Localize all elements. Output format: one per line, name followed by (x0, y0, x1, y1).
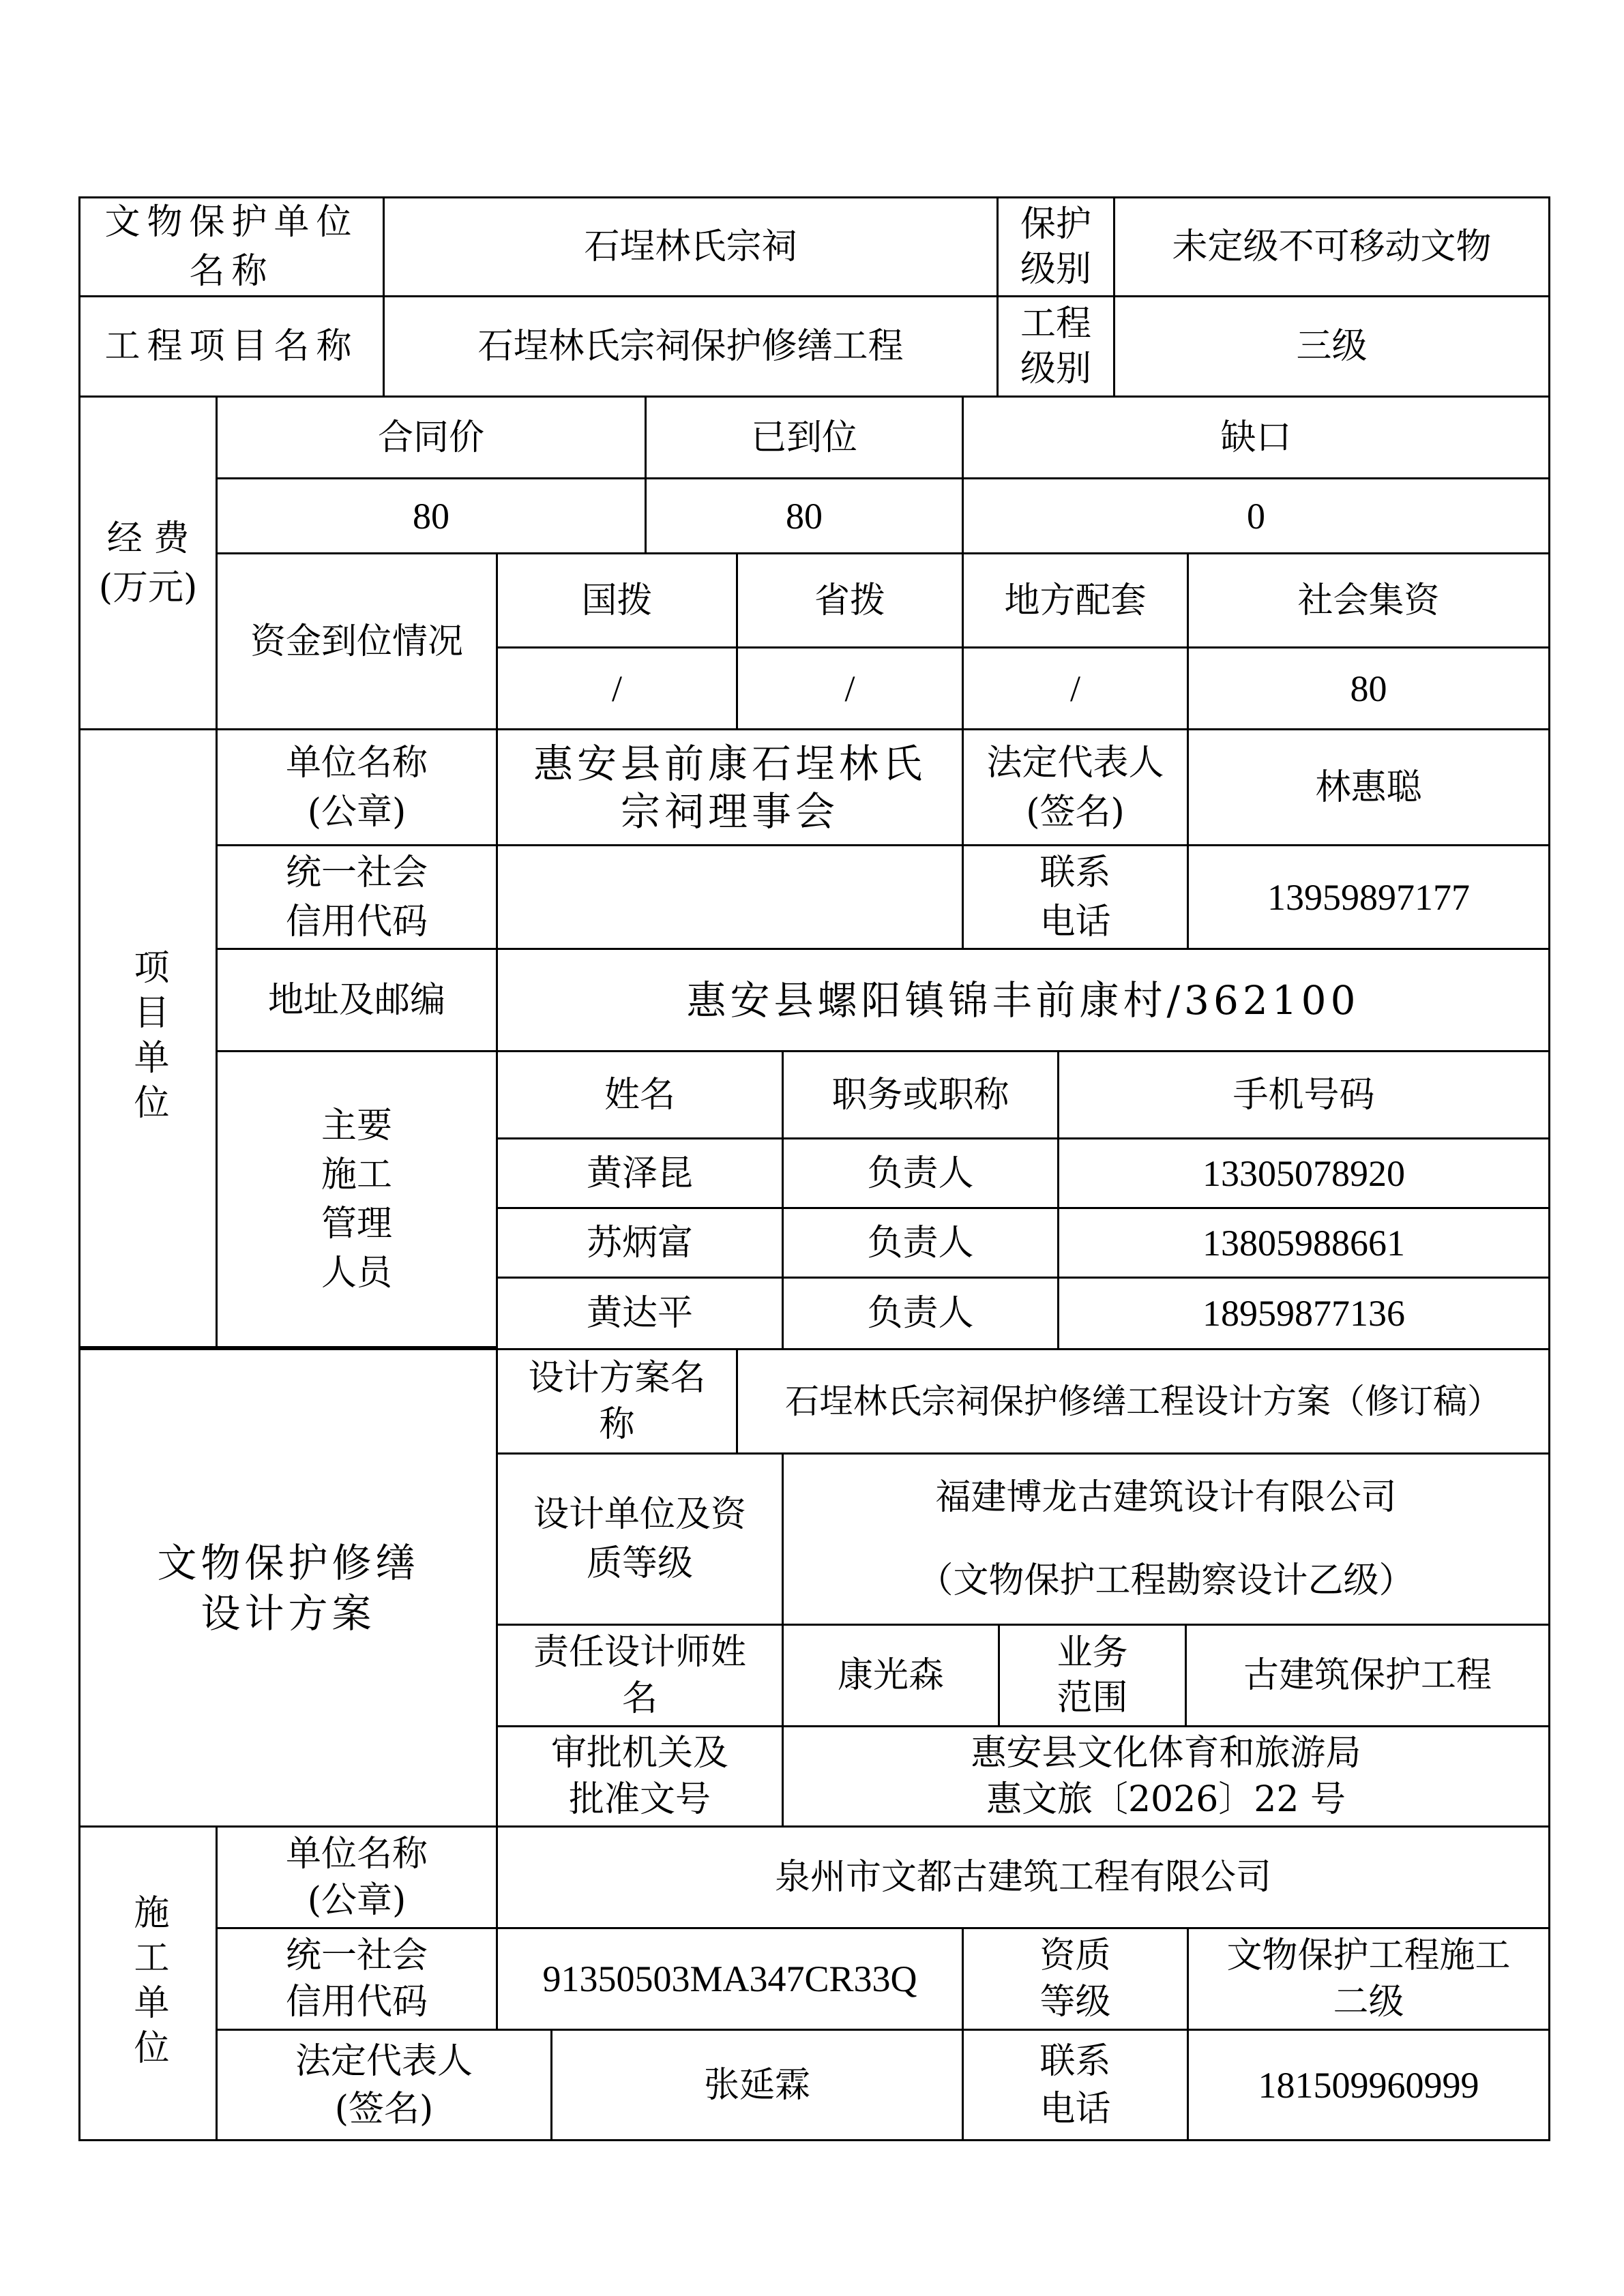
funding-contract-value: 80 (216, 477, 647, 554)
staff-row-2-phone: 13805988661 (1057, 1207, 1550, 1279)
staff-row-2-title: 负责人 (782, 1207, 1059, 1279)
staff-row-1-title: 负责人 (782, 1137, 1059, 1209)
staff-header-phone: 手机号码 (1057, 1050, 1550, 1139)
approval-number: 惠文旅〔2026〕22 号 (986, 1776, 1346, 1823)
project-unit-phone-value: 13959897177 (1187, 844, 1550, 950)
construction-unit-name-value: 泉州市文都古建筑工程有限公司 (496, 1825, 1550, 1929)
funding-source-header-provincial: 省拨 (736, 552, 964, 648)
design-plan-name-value: 石埕林氏宗祠保护修缮工程设计方案（修订稿） (736, 1348, 1550, 1455)
document-page: 文物保护单位名称 石埕林氏宗祠 保护级别 未定级不可移动文物 工程项目名称 石埕… (0, 0, 1624, 2296)
funding-source-label: 资金到位情况 (216, 552, 498, 730)
staff-header-title: 职务或职称 (782, 1050, 1059, 1139)
staff-row-3-phone: 18959877136 (1057, 1277, 1550, 1350)
project-unit-label: 项目单位 (78, 728, 218, 1348)
business-scope-value: 古建筑保护工程 (1185, 1624, 1550, 1727)
funding-source-local-value: / (962, 646, 1189, 730)
project-name-value: 石埕林氏宗祠保护修缮工程 (383, 295, 999, 398)
protection-level-value: 未定级不可移动文物 (1113, 196, 1550, 297)
funding-header-gap: 缺口 (962, 396, 1550, 479)
construction-phone-label: 联系 电话 (962, 2029, 1189, 2141)
construction-qualification-label: 资质 等级 (962, 1927, 1189, 2031)
funding-header-received: 已到位 (645, 396, 964, 479)
project-unit-phone-label: 联系 电话 (962, 844, 1189, 950)
design-plan-name-label: 设计方案名 称 (496, 1348, 738, 1455)
project-level-value: 三级 (1113, 295, 1550, 398)
funding-source-header-local: 地方配套 (962, 552, 1189, 648)
funding-source-header-social: 社会集资 (1187, 552, 1550, 648)
heritage-site-value: 石埕林氏宗祠 (383, 196, 999, 297)
construction-unit-name-label: 单位名称 (公章) (216, 1825, 498, 1929)
design-unit-grade: （文物保护工程勘察设计乙级） (917, 1556, 1414, 1605)
project-unit-credit-code-label: 统一社会 信用代码 (216, 844, 498, 950)
funding-source-provincial-value: / (736, 646, 964, 730)
funding-label: 经 费 (万元) (78, 396, 218, 730)
protection-level-label: 保护级别 (996, 196, 1115, 297)
project-name-label: 工程项目名称 (78, 295, 385, 398)
funding-source-header-national: 国拨 (496, 552, 738, 648)
business-scope-label: 业务 范围 (998, 1624, 1187, 1727)
project-unit-address-value: 惠安县螺阳镇锦丰前康村/362100 (496, 948, 1550, 1052)
project-unit-address-label: 地址及邮编 (216, 948, 498, 1052)
heritage-site-label: 文物保护单位名称 (78, 196, 385, 297)
approval-authority: 惠安县文化体育和旅游局 (971, 1730, 1361, 1776)
construction-unit-label: 施工单位 (78, 1825, 218, 2141)
staff-row-2-name: 苏炳富 (496, 1207, 784, 1279)
design-unit-value: 福建博龙古建筑设计有限公司 （文物保护工程勘察设计乙级） (782, 1452, 1550, 1626)
construction-credit-code-value: 91350503MA347CR33Q (496, 1927, 964, 2031)
staff-row-3-name: 黄达平 (496, 1277, 784, 1350)
funding-header-contract: 合同价 (216, 396, 647, 479)
design-label: 文物保护修缮 设计方案 (78, 1348, 498, 1828)
project-unit-legal-rep-label: 法定代表人 (签名) (962, 728, 1189, 846)
funding-received-value: 80 (645, 477, 964, 554)
staff-label: 主要 施工 管理 人员 (216, 1050, 498, 1348)
construction-phone-value: 181509960999 (1187, 2029, 1550, 2141)
approval-label: 审批机关及 批准文号 (496, 1725, 784, 1828)
chief-designer-value: 康光森 (782, 1624, 1000, 1727)
project-unit-credit-code-value (496, 844, 964, 950)
project-unit-legal-rep-value: 林惠聪 (1187, 728, 1550, 846)
design-unit-label: 设计单位及资 质等级 (496, 1452, 784, 1626)
construction-legal-rep-value: 张延霖 (550, 2029, 964, 2141)
design-unit-company: 福建博龙古建筑设计有限公司 (935, 1473, 1396, 1522)
project-unit-name-label: 单位名称 (公章) (216, 728, 498, 846)
approval-value: 惠安县文化体育和旅游局 惠文旅〔2026〕22 号 (782, 1725, 1550, 1828)
construction-legal-rep-label: 法定代表人 (签名) (216, 2029, 552, 2141)
project-level-label: 工程级别 (996, 295, 1115, 398)
funding-source-national-value: / (496, 646, 738, 730)
staff-header-name: 姓名 (496, 1050, 784, 1139)
chief-designer-label: 责任设计师姓 名 (496, 1624, 784, 1727)
funding-source-social-value: 80 (1187, 646, 1550, 730)
funding-gap-value: 0 (962, 477, 1550, 554)
staff-row-3-title: 负责人 (782, 1277, 1059, 1350)
project-unit-label-text: 项目单位 (123, 949, 173, 1129)
construction-unit-label-text: 施工单位 (123, 1894, 173, 2074)
staff-row-1-phone: 13305078920 (1057, 1137, 1550, 1209)
staff-row-1-name: 黄泽昆 (496, 1137, 784, 1209)
construction-qualification-value: 文物保护工程施工 二级 (1187, 1927, 1550, 2031)
project-unit-name-value: 惠安县前康石埕林氏 宗祠理事会 (496, 728, 964, 846)
construction-credit-code-label: 统一社会 信用代码 (216, 1927, 498, 2031)
